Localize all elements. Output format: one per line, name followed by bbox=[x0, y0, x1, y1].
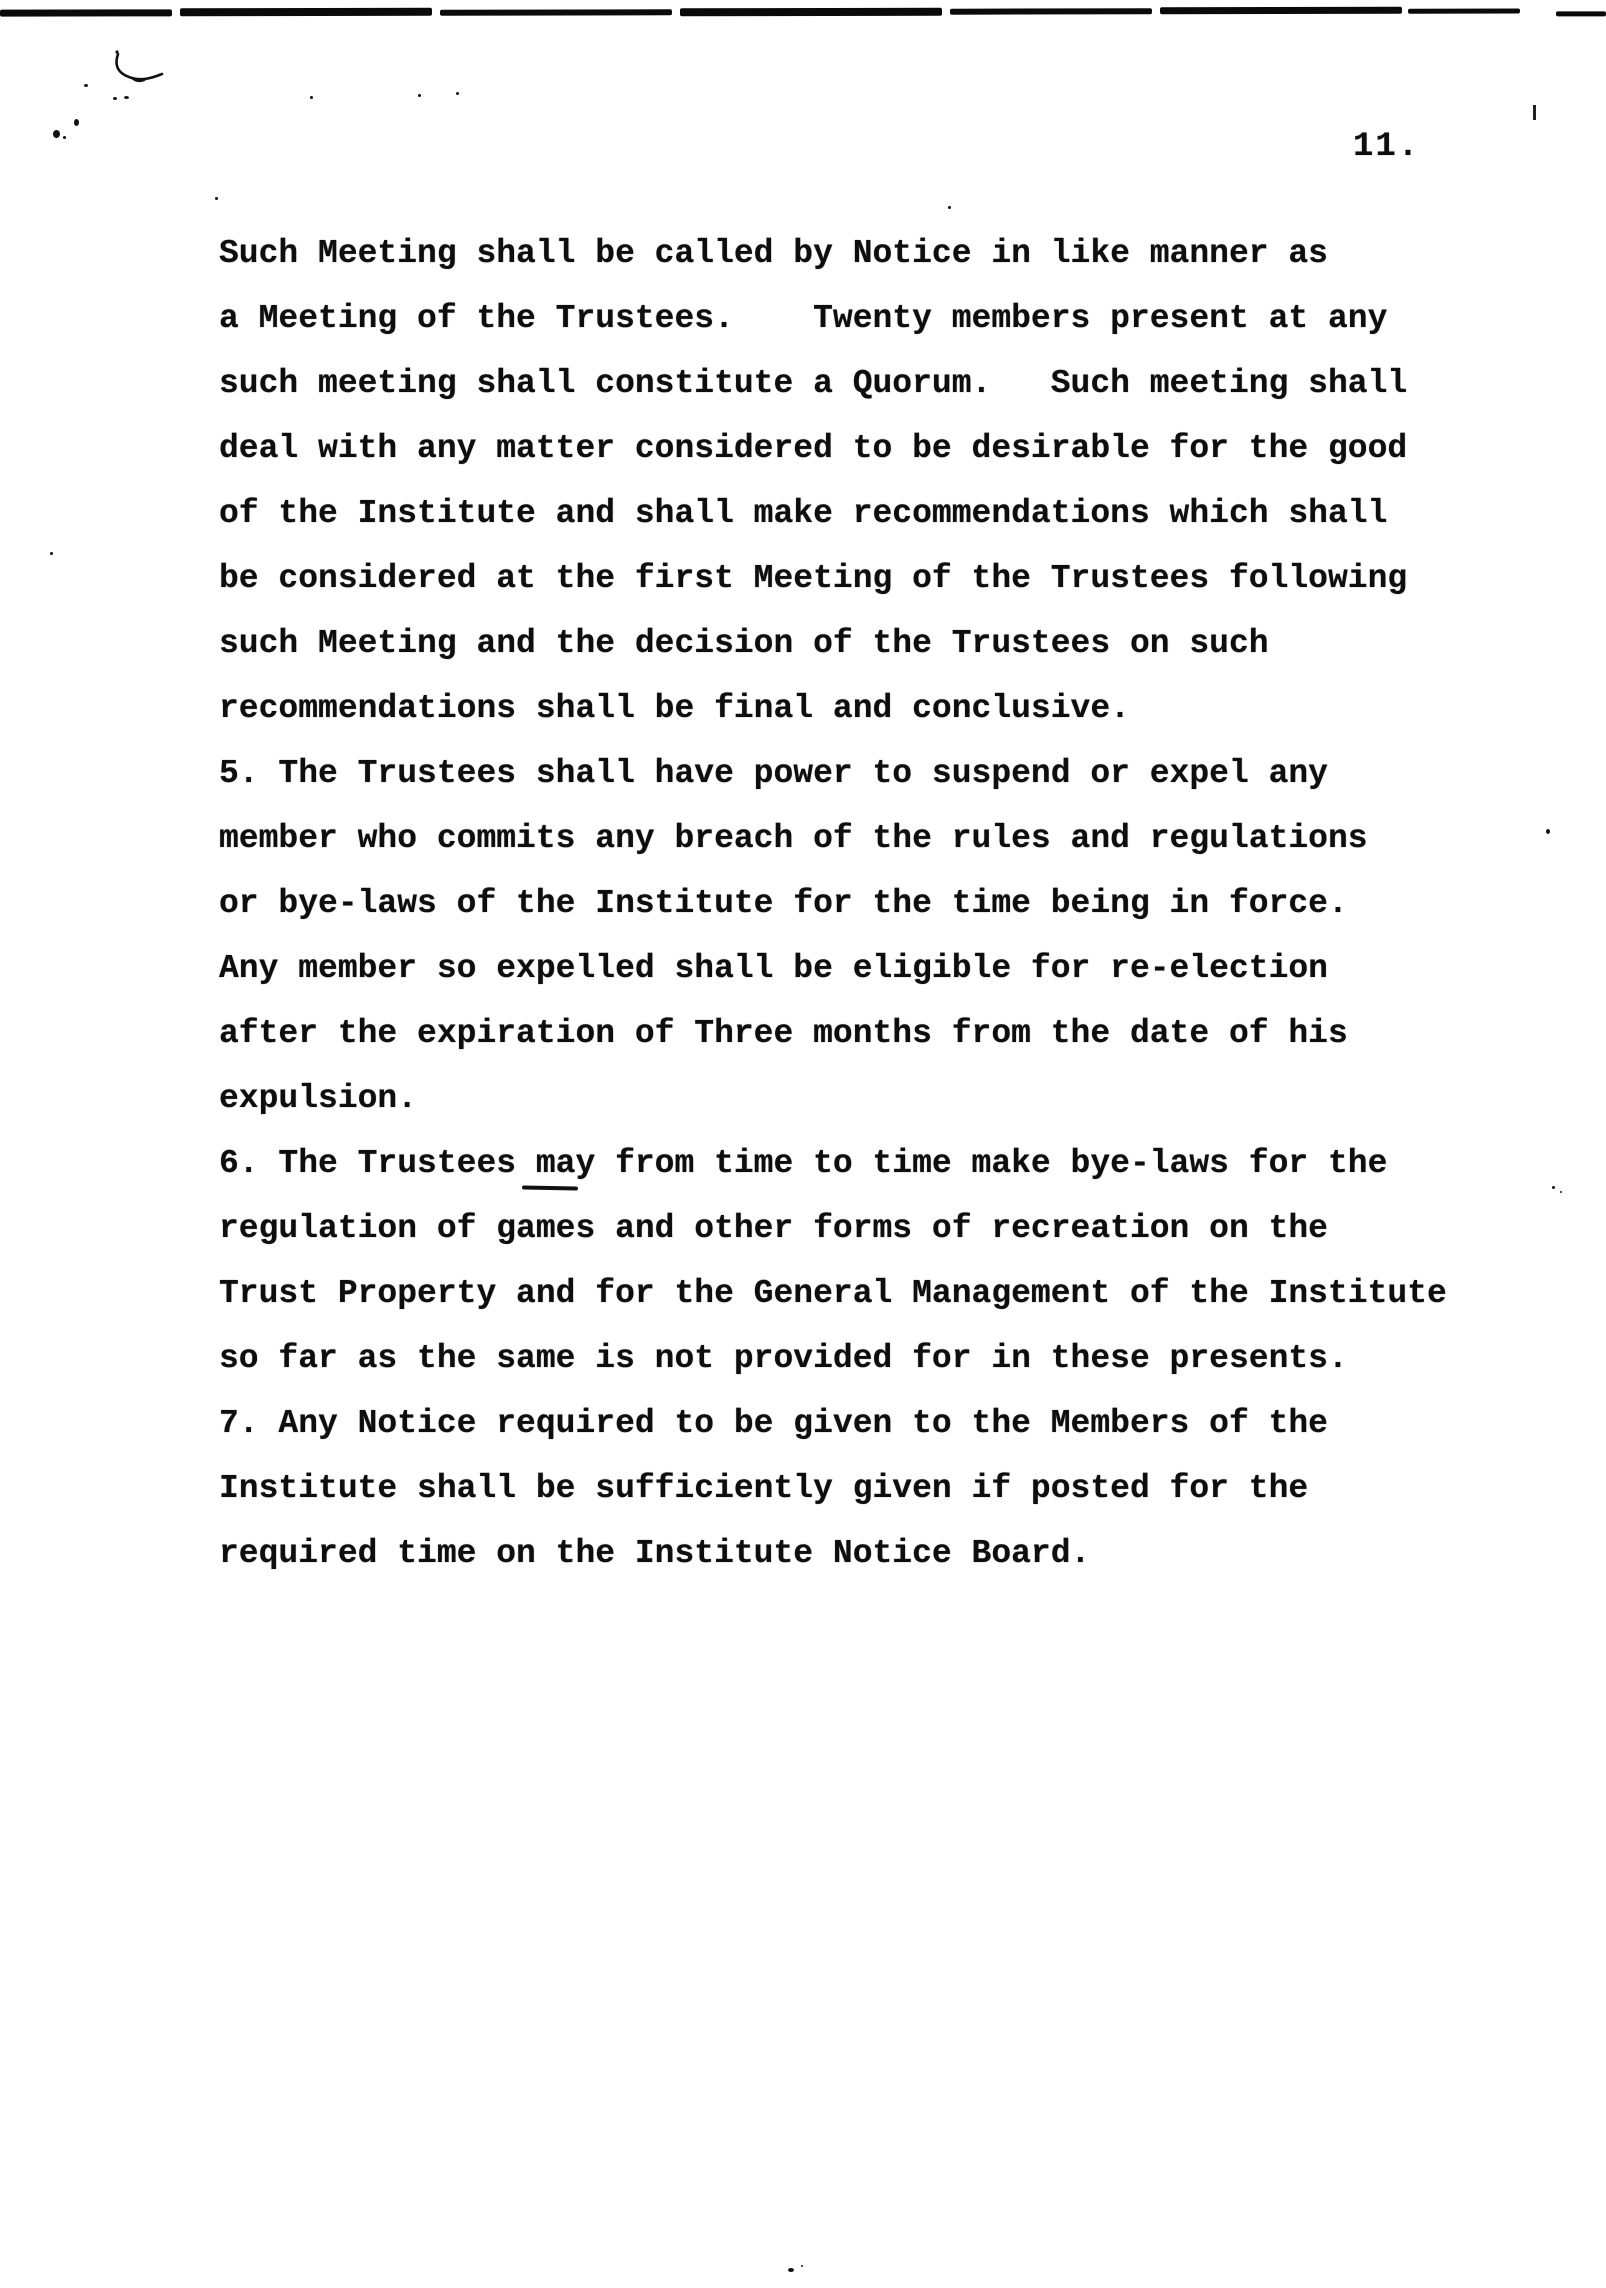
scan-speck bbox=[418, 94, 421, 97]
scan-speck bbox=[63, 136, 66, 139]
document-line: after the expiration of Three months fro… bbox=[219, 1001, 1479, 1066]
document-text-block: Such Meeting shall be called by Notice i… bbox=[219, 221, 1479, 1586]
document-line: or bye-laws of the Institute for the tim… bbox=[219, 871, 1479, 936]
scan-speck bbox=[124, 96, 129, 99]
document-line: required time on the Institute Notice Bo… bbox=[219, 1521, 1479, 1586]
scan-speck bbox=[456, 92, 459, 95]
scanned-document-page: 11. Such Meeting shall be called by Noti… bbox=[0, 0, 1606, 2288]
document-line: Trust Property and for the General Manag… bbox=[219, 1261, 1479, 1326]
pen-squiggle-mark bbox=[40, 42, 180, 112]
scan-speck bbox=[1552, 1186, 1555, 1189]
scan-speck bbox=[801, 2265, 803, 2267]
document-line: regulation of games and other forms of r… bbox=[219, 1196, 1479, 1261]
document-line: Any member so expelled shall be eligible… bbox=[219, 936, 1479, 1001]
document-line-clause-6: 6. The Trustees may from time to time ma… bbox=[219, 1131, 1479, 1196]
document-line: so far as the same is not provided for i… bbox=[219, 1326, 1479, 1391]
document-line: of the Institute and shall make recommen… bbox=[219, 481, 1479, 546]
scan-speck bbox=[215, 197, 218, 200]
document-line: such meeting shall constitute a Quorum. … bbox=[219, 351, 1479, 416]
scan-speck bbox=[74, 119, 79, 126]
scan-speck bbox=[1560, 1191, 1562, 1193]
document-line: member who commits any breach of the rul… bbox=[219, 806, 1479, 871]
scan-edge-line bbox=[0, 0, 1606, 32]
document-line: expulsion. bbox=[219, 1066, 1479, 1131]
document-line: recommendations shall be final and concl… bbox=[219, 676, 1479, 741]
scan-tick-mark bbox=[1533, 105, 1536, 120]
document-line: a Meeting of the Trustees. Twenty member… bbox=[219, 286, 1479, 351]
document-line-clause-5: 5. The Trustees shall have power to susp… bbox=[219, 741, 1479, 806]
scan-speck bbox=[788, 2268, 794, 2272]
document-line: Such Meeting shall be called by Notice i… bbox=[219, 221, 1479, 286]
scan-speck bbox=[310, 96, 313, 99]
page-number: 11. bbox=[1353, 128, 1420, 166]
scan-speck bbox=[84, 84, 88, 87]
scan-speck bbox=[50, 552, 53, 555]
scan-speck bbox=[948, 206, 951, 209]
document-line: deal with any matter considered to be de… bbox=[219, 416, 1479, 481]
document-line: Institute shall be sufficiently given if… bbox=[219, 1456, 1479, 1521]
document-line-clause-7: 7. Any Notice required to be given to th… bbox=[219, 1391, 1479, 1456]
document-line: be considered at the first Meeting of th… bbox=[219, 546, 1479, 611]
scan-speck bbox=[113, 97, 117, 100]
scan-speck bbox=[53, 130, 60, 138]
document-line: such Meeting and the decision of the Tru… bbox=[219, 611, 1479, 676]
scan-speck bbox=[1546, 829, 1550, 834]
